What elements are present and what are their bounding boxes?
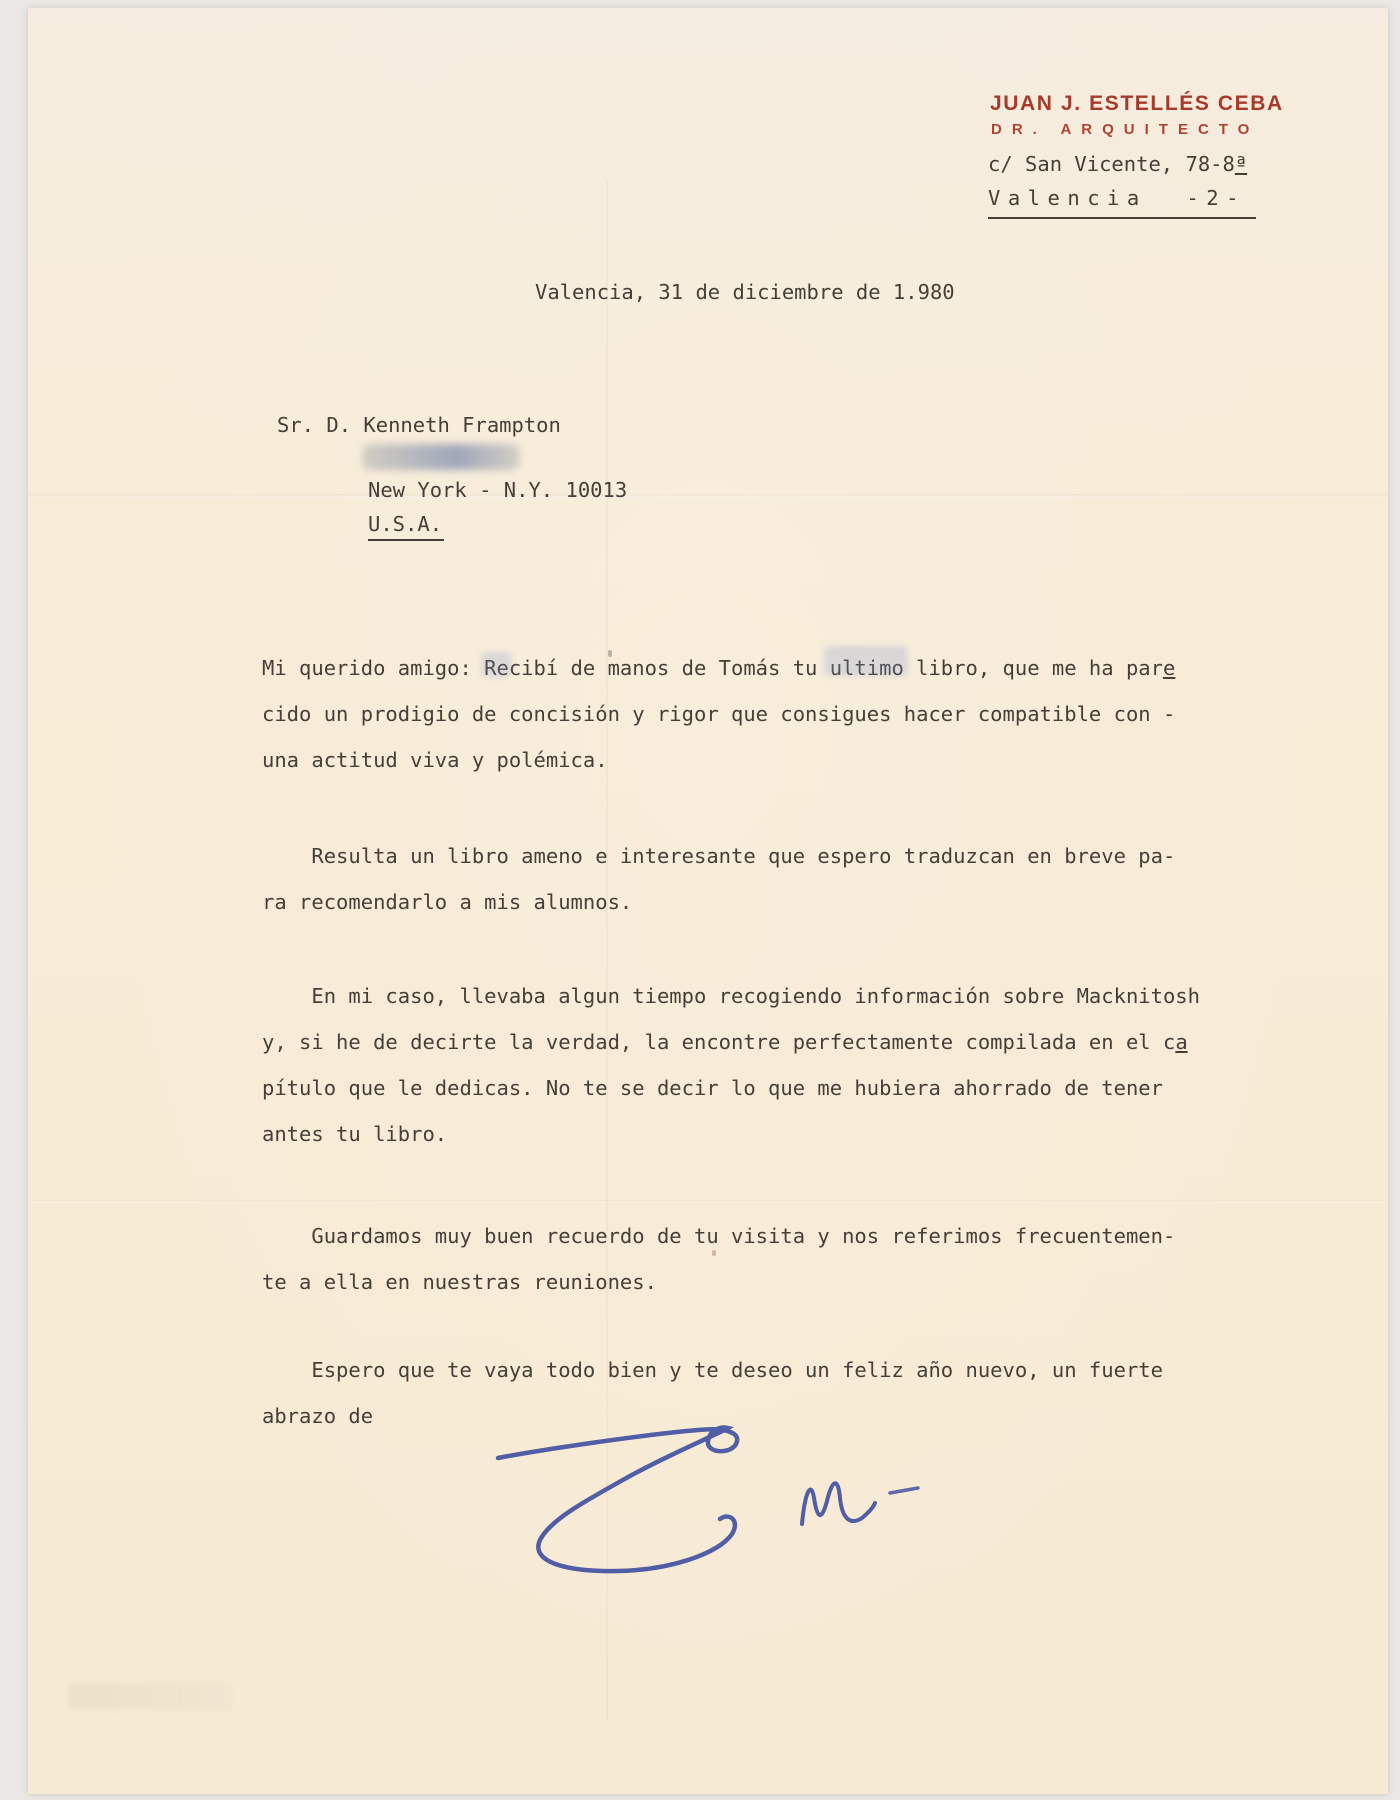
body-line: Resulta un libro ameno e interesante que… <box>262 833 1175 879</box>
paragraph-2: Resulta un libro ameno e interesante que… <box>262 833 1175 925</box>
body-line: Mi querido amigo: Recibí de manos de Tom… <box>262 645 1175 691</box>
body-line: una actitud viva y polémica. <box>262 737 1175 783</box>
recipient-city: New York - N.Y. 10013 <box>368 478 627 502</box>
paper-speck <box>608 650 612 657</box>
body-line: te a ella en nuestras reuniones. <box>262 1259 1175 1305</box>
body-line: Guardamos muy buen recuerdo de tu visita… <box>262 1213 1175 1259</box>
scanned-letter-page: { "colors": { "paper": "#f8ecd8", "lette… <box>0 0 1400 1800</box>
recipient-country: U.S.A. <box>368 512 444 541</box>
paragraph-3: En mi caso, llevaba algun tiempo recogie… <box>262 973 1200 1157</box>
signature-surname-squiggle <box>802 1483 875 1524</box>
letterhead-city-line: Valencia -2- <box>988 186 1256 219</box>
signature <box>470 1400 940 1590</box>
redacted-address-line <box>362 444 520 470</box>
paragraph-4: Guardamos muy buen recuerdo de tu visita… <box>262 1213 1175 1305</box>
paper-speck <box>712 1250 716 1256</box>
signature-flourish <box>498 1428 737 1572</box>
ghost-imprint <box>68 1682 233 1710</box>
recipient-name: Sr. D. Kenneth Frampton <box>277 413 561 437</box>
body-line: pítulo que le dedicas. No te se decir lo… <box>262 1065 1200 1111</box>
body-line: Espero que te vaya todo bien y te deseo … <box>262 1347 1163 1393</box>
letterhead-name: JUAN J. ESTELLÉS CEBA <box>990 92 1284 116</box>
letterhead-street-address: c/ San Vicente, 78-8ª <box>988 152 1247 176</box>
body-line: ra recomendarlo a mis alumnos. <box>262 879 1175 925</box>
paragraph-1: Mi querido amigo: Recibí de manos de Tom… <box>262 645 1175 783</box>
signature-dash <box>890 1488 918 1493</box>
body-line: y, si he de decirte la verdad, la encont… <box>262 1019 1200 1065</box>
body-line: antes tu libro. <box>262 1111 1200 1157</box>
letterhead-title: DR. ARQUITECTO <box>991 121 1259 138</box>
body-line: En mi caso, llevaba algun tiempo recogie… <box>262 973 1200 1019</box>
body-line: cido un prodigio de concisión y rigor qu… <box>262 691 1175 737</box>
date-line: Valencia, 31 de diciembre de 1.980 <box>535 280 955 304</box>
